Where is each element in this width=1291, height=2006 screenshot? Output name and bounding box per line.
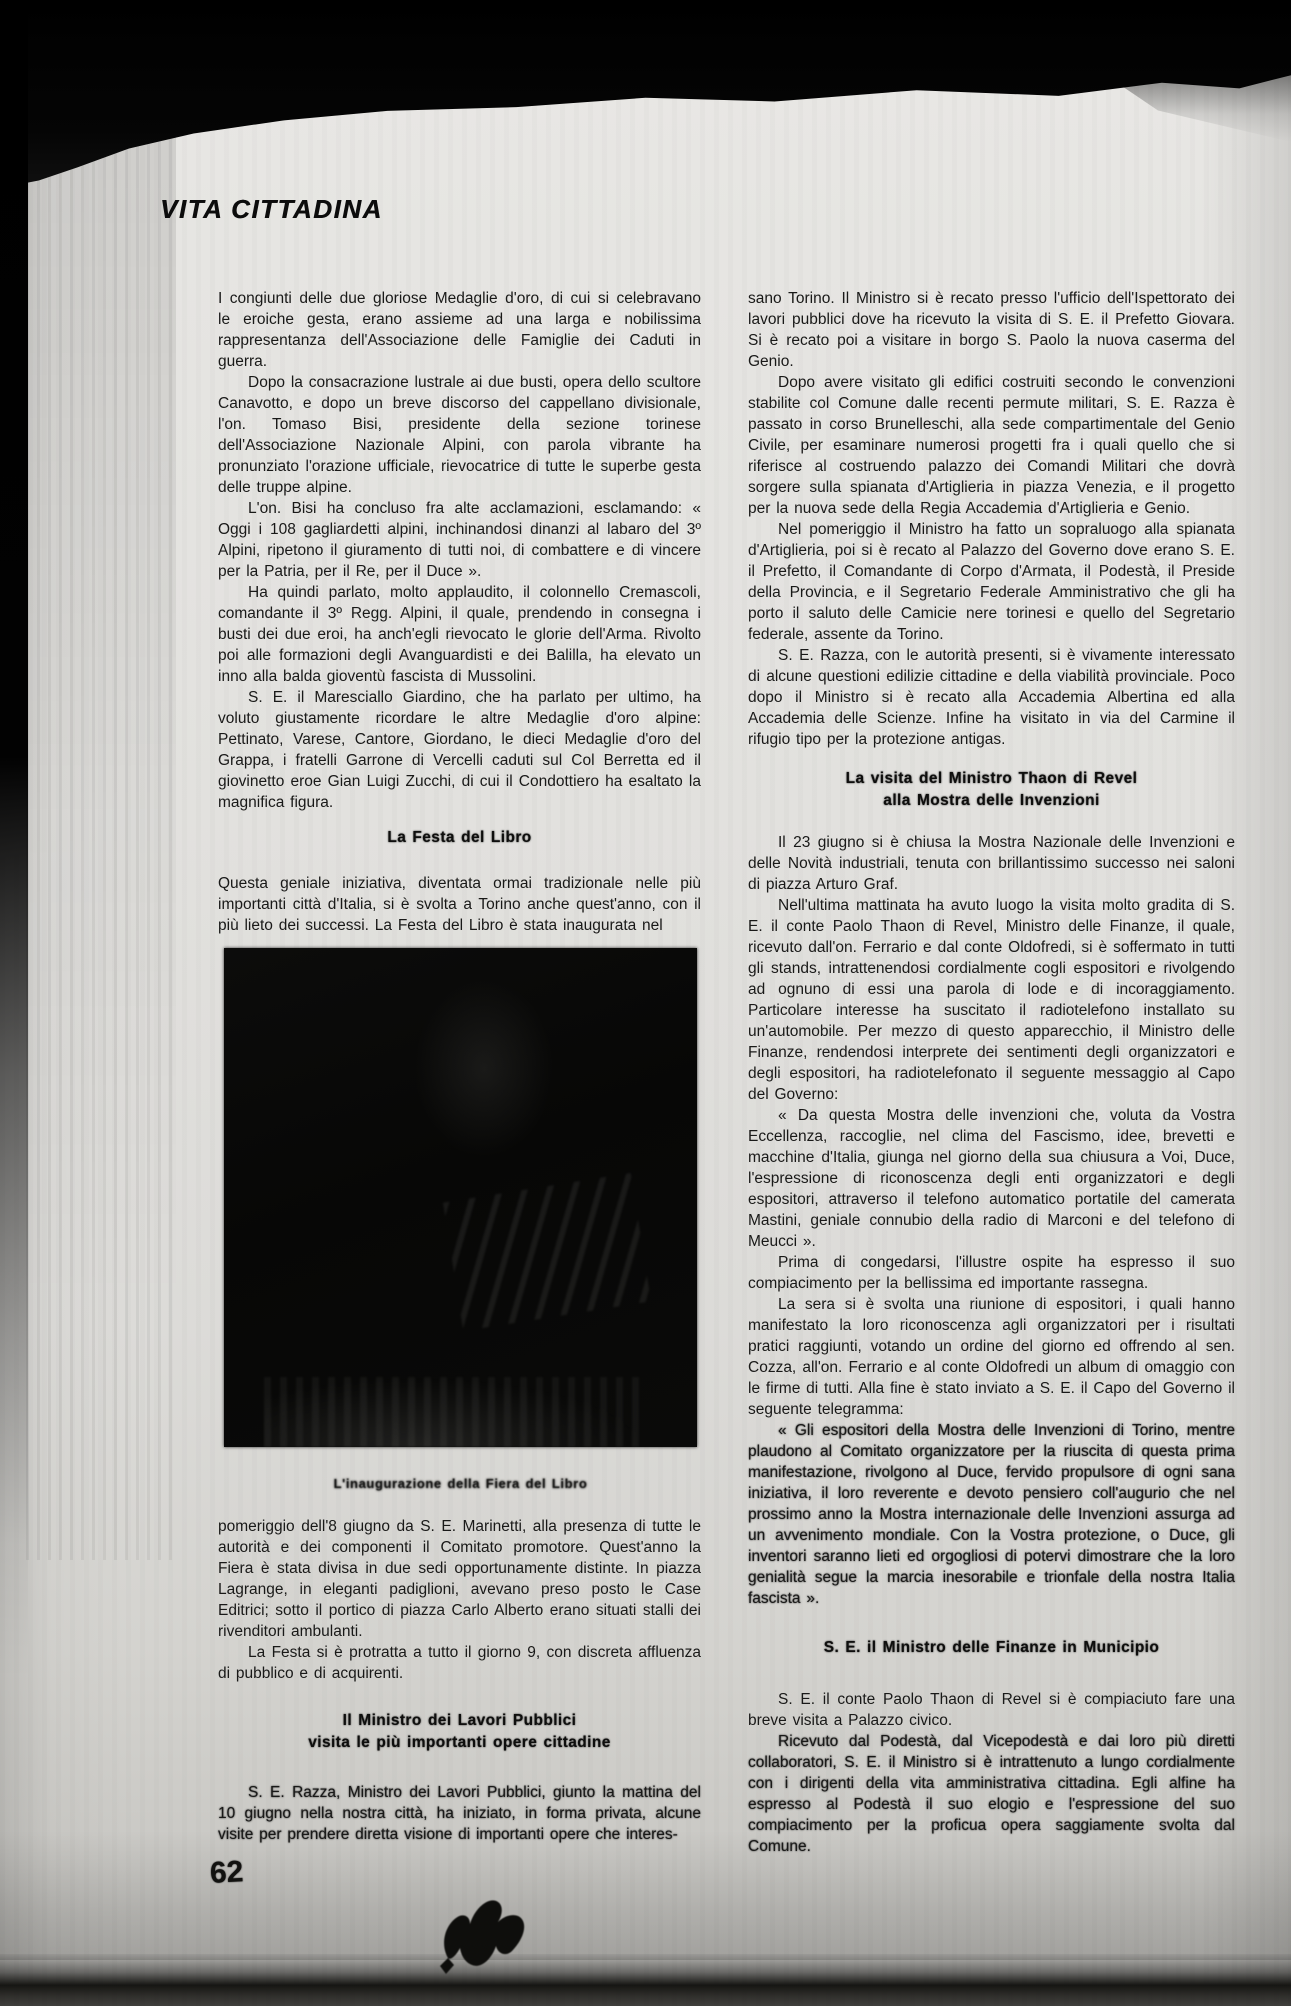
photo-flag-streaks <box>443 1173 651 1331</box>
scanned-page: VITA CITTADINA I congiunti delle due glo… <box>0 0 1291 2006</box>
paragraph: Questa geniale iniziativa, diventata orm… <box>218 873 701 936</box>
photo-crowd <box>264 1377 644 1447</box>
paragraph: S. E. il conte Paolo Thaon di Revel si è… <box>748 1689 1235 1731</box>
paragraph: Prima di congedarsi, l'illustre ospite h… <box>748 1252 1235 1294</box>
paragraph: Ricevuto dal Podestà, dal Vicepodestà e … <box>748 1731 1235 1857</box>
ink-blot <box>432 1888 538 1978</box>
paragraph: Nel pomeriggio il Ministro ha fatto un s… <box>748 519 1235 645</box>
paragraph: « Da questa Mostra delle invenzioni che,… <box>748 1105 1235 1252</box>
heading-line: Il Ministro dei Lavori Pubblici <box>218 1710 701 1732</box>
paragraph: I congiunti delle due gloriose Medaglie … <box>218 288 701 372</box>
page-number: 62 <box>209 1855 244 1891</box>
section-heading-visita-thaon-di-revel: La visita del Ministro Thaon di Revel al… <box>748 768 1235 812</box>
heading-line: visita le più importanti opere cittadine <box>218 1732 701 1754</box>
paragraph: Il 23 giugno si è chiusa la Mostra Nazio… <box>748 832 1235 895</box>
paragraph: Dopo avere visitato gli edifici costruit… <box>748 372 1235 519</box>
paragraph: La sera si è svolta una riunione di espo… <box>748 1294 1235 1420</box>
paragraph: L'on. Bisi ha concluso fra alte acclamaz… <box>218 498 701 582</box>
section-heading-ministro-lavori-pubblici: Il Ministro dei Lavori Pubblici visita l… <box>218 1710 701 1754</box>
paragraph: S. E. Razza, Ministro dei Lavori Pubblic… <box>218 1782 701 1845</box>
section-heading-ministro-finanze-municipio: S. E. il Ministro delle Finanze in Munic… <box>748 1637 1235 1659</box>
heading-line: alla Mostra delle Invenzioni <box>748 790 1235 812</box>
paragraph: sano Torino. Il Ministro si è recato pre… <box>748 288 1235 372</box>
page-title: VITA CITTADINA <box>160 194 383 225</box>
paragraph: « Gli espositori della Mostra delle Inve… <box>748 1420 1235 1609</box>
photo-highlight <box>414 978 554 1158</box>
paragraph: Nell'ultima mattinata ha avuto luogo la … <box>748 895 1235 1105</box>
scan-edge-bottom <box>0 1954 1291 2006</box>
heading-line: La visita del Ministro Thaon di Revel <box>748 768 1235 790</box>
paragraph: S. E. Razza, con le autorità presenti, s… <box>748 645 1235 750</box>
paragraph: S. E. il Maresciallo Giardino, che ha pa… <box>218 687 701 813</box>
right-column: sano Torino. Il Ministro si è recato pre… <box>748 288 1235 1857</box>
left-column: I congiunti delle due gloriose Medaglie … <box>218 288 701 1845</box>
paragraph: Ha quindi parlato, molto applaudito, il … <box>218 582 701 687</box>
scan-edge-left <box>0 0 28 1680</box>
paragraph: Dopo la consacrazione lustrale ai due bu… <box>218 372 701 498</box>
photo-fiera-del-libro <box>224 948 697 1447</box>
photo-caption: L'inaugurazione della Fiera del Libro <box>224 1473 697 1494</box>
scan-edge-top <box>0 0 1291 188</box>
paragraph: La Festa si è protratta a tutto il giorn… <box>218 1642 701 1684</box>
scan-streaks-left <box>26 60 176 1560</box>
section-heading-festa-del-libro: La Festa del Libro <box>218 827 701 849</box>
paragraph: pomeriggio dell'8 giugno da S. E. Marine… <box>218 1516 701 1642</box>
